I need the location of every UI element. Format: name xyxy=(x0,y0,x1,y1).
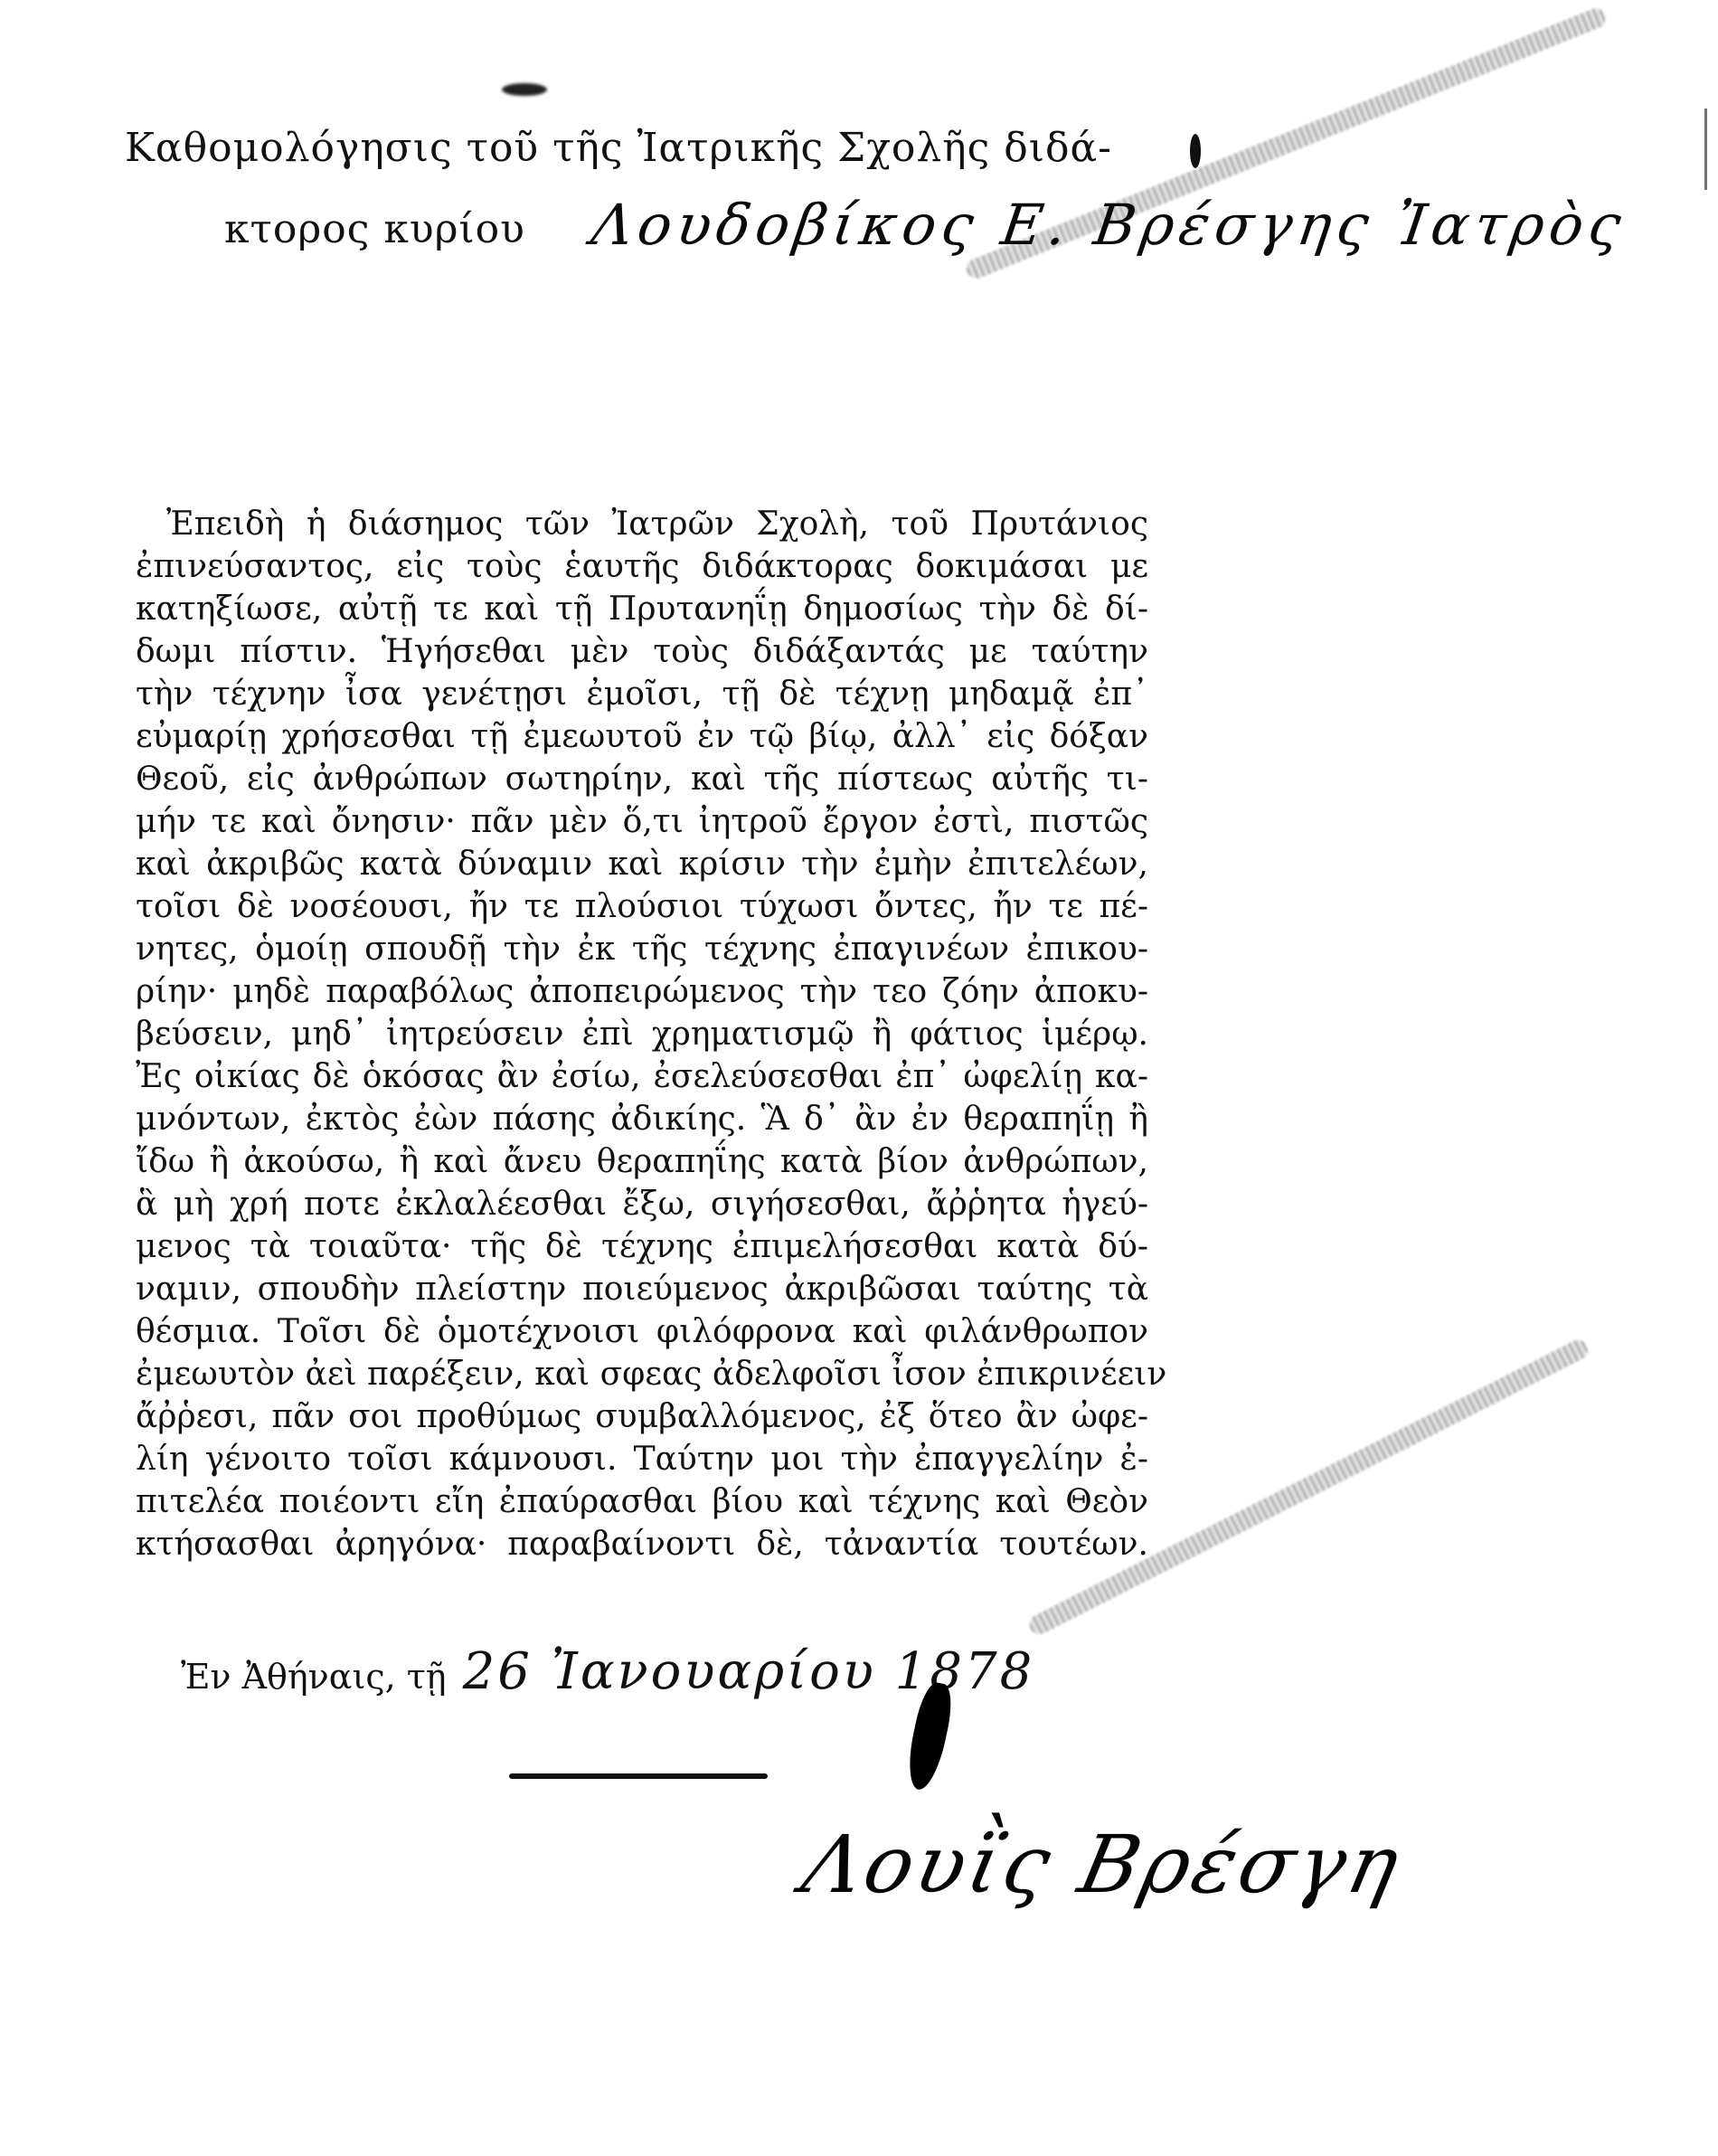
ink-smear-mark xyxy=(502,83,547,96)
body-line: εὐμαρίῃ χρήσεσθαι τῇ ἐμεωυτοῦ ἐν τῷ βίῳ,… xyxy=(136,715,1148,758)
date-line: Ἐν Ἀθήναις, τῇ26 Ἰανουαρίου 1878 xyxy=(181,1642,1034,1701)
body-line: τοῖσι δὲ νοσέουσι, ἤν τε πλούσιοι τύχωσι… xyxy=(136,885,1148,928)
body-line: κτήσασθαι ἀρηγόνα· παραβαίνοντι δὲ, τἀνα… xyxy=(136,1523,1148,1565)
date-printed-text: Ἐν Ἀθήναις, τῇ xyxy=(181,1657,447,1697)
body-line: τὴν τέχνην ἶσα γενέτῃσι ἐμοῖσι, τῇ δὲ τέ… xyxy=(136,673,1148,715)
body-line: ἐπινεύσαντος, εἰς τοὺς ἑαυτῆς διδάκτορας… xyxy=(136,545,1148,588)
oath-body-text: Ἐπειδὴ ἡ διάσημος τῶν Ἰατρῶν Σχολὴ, τοῦ … xyxy=(136,503,1148,1565)
body-line: Θεοῦ, εἰς ἀνθρώπων σωτηρίην, καὶ τῆς πίσ… xyxy=(136,758,1148,800)
signature: Λουῒς Βρέσγη xyxy=(795,1818,1411,1911)
body-line: νητες, ὁμοίῃ σπουδῇ τὴν ἐκ τῆς τέχνης ἐπ… xyxy=(136,928,1148,970)
body-line: κατηξίωσε, αὐτῇ τε καὶ τῇ Πρυτανηΐῃ δημο… xyxy=(136,588,1148,630)
ink-drip-mark xyxy=(1190,134,1201,168)
body-line: καὶ ἀκριβῶς κατὰ δύναμιν καὶ κρίσιν τὴν … xyxy=(136,843,1148,885)
body-line: λίη γένοιτο τοῖσι κάμνουσι. Ταύτην μοι τ… xyxy=(136,1438,1148,1480)
page-edge-mark xyxy=(1704,109,1714,190)
body-line: ἐμεωυτὸν ἀεὶ παρέξειν, καὶ σφεας ἀδελφοῖ… xyxy=(136,1353,1148,1395)
body-line: μήν τε καὶ ὄνησιν· πᾶν μὲν ὅ,τι ἰητροῦ ἔ… xyxy=(136,800,1148,843)
body-line: μενος τὰ τοιαῦτα· τῆς δὲ τέχνης ἐπιμελήσ… xyxy=(136,1225,1148,1268)
body-line: θέσμια. Τοῖσι δὲ ὁμοτέχνοισι φιλόφρονα κ… xyxy=(136,1310,1148,1353)
body-line: Ἐς οἰκίας δὲ ὁκόσας ἂν ἐσίω, ἐσελεύσεσθα… xyxy=(136,1055,1148,1098)
body-line: ἴδω ἢ ἀκούσω, ἢ καὶ ἄνευ θεραπηΐης κατὰ … xyxy=(136,1140,1148,1183)
body-line: μνόντων, ἐκτὸς ἐὼν πάσης ἀδικίης. Ἃ δ᾽ ἂ… xyxy=(136,1098,1148,1140)
body-line: βεύσειν, μηδ᾽ ἰητρεύσειν ἐπὶ χρηματισμῷ … xyxy=(136,1013,1148,1055)
separator-rule xyxy=(509,1773,768,1779)
body-line: ἄῤῥεσι, πᾶν σοι προθύμως συμβαλλόμενος, … xyxy=(136,1395,1148,1438)
scanned-document-page: Καθομολόγησις τοῦ τῆς Ἰατρικῆς Σχολῆς δι… xyxy=(0,0,1718,2156)
document-title-line-1: Καθομολόγησις τοῦ τῆς Ἰατρικῆς Σχολῆς δι… xyxy=(125,125,1112,171)
body-line: Ἐπειδὴ ἡ διάσημος τῶν Ἰατρῶν Σχολὴ, τοῦ … xyxy=(136,503,1148,545)
document-title-line-2: κτορος κυρίου xyxy=(224,206,525,252)
body-line: ρίην· μηδὲ παραβόλως ἀποπειρώμενος τὴν τ… xyxy=(136,970,1148,1013)
body-line: ἃ μὴ χρή ποτε ἐκλαλέεσθαι ἔξω, σιγήσεσθα… xyxy=(136,1183,1148,1225)
body-line: ναμιν, σπουδὴν πλείστην ποιεύμενος ἀκριβ… xyxy=(136,1268,1148,1310)
body-line: πιτελέα ποιέοντι εἴη ἐπαύρασθαι βίου καὶ… xyxy=(136,1480,1148,1523)
body-line: δωμι πίστιν. Ἡγήσεθαι μὲν τοὺς διδάξαντά… xyxy=(136,630,1148,673)
